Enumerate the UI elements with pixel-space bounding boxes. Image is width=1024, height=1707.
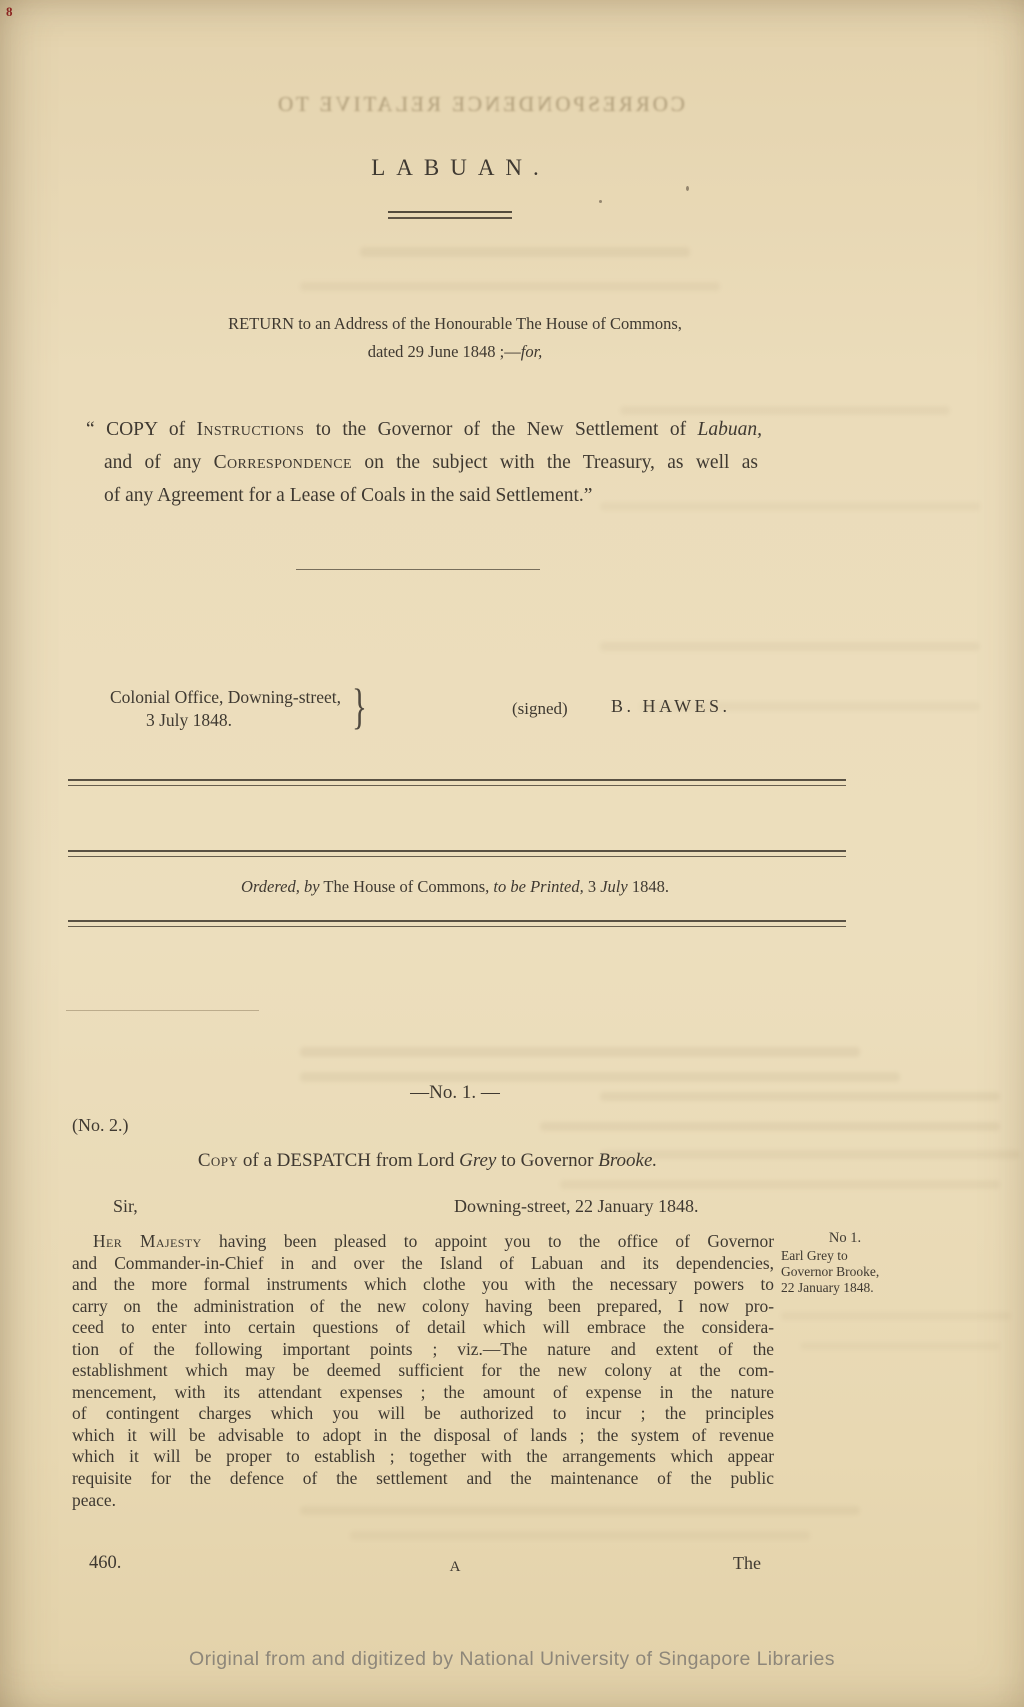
bleed-through-text: CORRESPONDENCE RELATIVE TO <box>140 92 820 117</box>
despatch-body-line: peace. <box>72 1490 774 1512</box>
bleed-through-smudge <box>350 1531 810 1540</box>
motion-line-2: and of any Correspondence on the subject… <box>104 452 758 474</box>
bleed-through-smudge <box>300 1072 900 1082</box>
despatch-body-line: tion of the following important points ;… <box>72 1339 774 1361</box>
title-rule <box>388 211 512 219</box>
ink-speck <box>686 186 689 191</box>
bleed-through-smudge <box>620 406 950 415</box>
marginal-note: No 1. Earl Grey to Governor Brooke, 22 J… <box>781 1230 909 1296</box>
salutation: Sir, <box>113 1196 138 1217</box>
return-line-1: RETURN to an Address of the Honourable T… <box>0 314 910 334</box>
office-date-line: 3 July 1848. <box>146 710 232 731</box>
section-divider-rule <box>296 569 540 570</box>
library-watermark: Original from and digitized by National … <box>0 1648 1024 1671</box>
despatch-body-line: requisite for the defence of the settlem… <box>72 1468 774 1490</box>
bleed-through-smudge <box>781 1312 1011 1320</box>
despatch-heading: Copy of a DESPATCH from Lord Grey to Gov… <box>0 1150 855 1172</box>
document-title: LABUAN. <box>0 155 910 181</box>
catchword: The <box>733 1553 761 1574</box>
double-rule-top <box>68 779 846 786</box>
motion-line-3: of any Agreement for a Lease of Coals in… <box>104 485 592 507</box>
marginal-note-date: 22 January 1848. <box>781 1280 909 1296</box>
despatch-body: Her Majesty having been pleased to appoi… <box>72 1231 774 1511</box>
despatch-body-line: and the more formal instruments which cl… <box>72 1274 774 1296</box>
bleed-through-smudge <box>360 247 690 257</box>
despatch-dateline: Downing-street, 22 January 1848. <box>454 1196 698 1217</box>
brace-glyph: } <box>352 681 367 731</box>
signed-label: (signed) <box>512 699 568 719</box>
bleed-through-smudge <box>560 1180 1000 1189</box>
bleed-through-smudge <box>540 1122 1000 1131</box>
signature-mark: A <box>0 1559 910 1576</box>
scanned-document-page: 8 CORRESPONDENCE RELATIVE TO LABUAN. RET… <box>0 0 1024 1707</box>
despatch-body-line: carry on the administration of the new c… <box>72 1296 774 1318</box>
bleed-through-smudge <box>300 1047 860 1057</box>
faded-rule <box>66 1010 259 1011</box>
bleed-through-smudge <box>600 502 980 511</box>
marginal-note-recipient: Governor Brooke, <box>781 1264 909 1280</box>
order-to-print-line: Ordered, by The House of Commons, to be … <box>0 877 910 897</box>
ink-speck <box>599 200 602 203</box>
despatch-body-line: and Commander-in-Chief in and over the I… <box>72 1253 774 1275</box>
despatch-number-heading: —No. 1. — <box>0 1082 910 1104</box>
return-line-2: dated 29 June 1848 ;—for, <box>0 342 910 362</box>
office-address-line: Colonial Office, Downing-street, <box>110 687 341 708</box>
corner-ink-mark: 8 <box>6 4 13 20</box>
despatch-body-line: of contingent charges which you will be … <box>72 1403 774 1425</box>
bleed-through-smudge <box>300 282 720 291</box>
despatch-body-line: establishment which may be deemed suffic… <box>72 1360 774 1382</box>
despatch-body-line: Her Majesty having been pleased to appoi… <box>72 1231 774 1253</box>
signed-name: B. HAWES. <box>611 696 731 717</box>
double-rule-bottom <box>68 920 846 927</box>
motion-line-1: “ COPY of Instructions to the Governor o… <box>86 419 762 441</box>
marginal-note-number: No 1. <box>781 1230 909 1246</box>
bleed-through-smudge <box>600 642 980 651</box>
despatch-sub-number: (No. 2.) <box>72 1115 129 1136</box>
despatch-body-line: which it will be proper to establish ; t… <box>72 1446 774 1468</box>
marginal-note-sender: Earl Grey to <box>781 1248 909 1264</box>
double-rule-middle <box>68 850 846 857</box>
despatch-body-line: ceed to enter into certain questions of … <box>72 1317 774 1339</box>
despatch-body-line: which it will be advisable to adopt in t… <box>72 1425 774 1447</box>
despatch-body-line: mencement, with its attendant expenses ;… <box>72 1382 774 1404</box>
bleed-through-smudge <box>800 1342 1000 1350</box>
